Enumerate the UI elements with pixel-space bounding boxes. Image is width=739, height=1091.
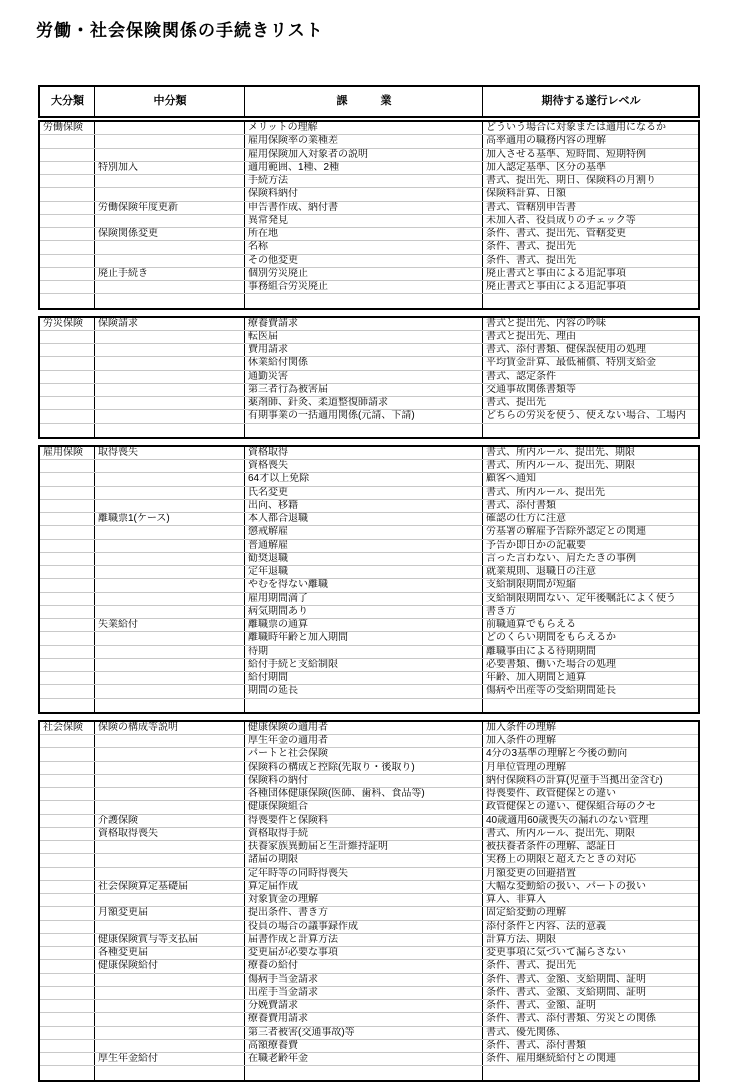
blank-row — [40, 1066, 698, 1079]
table-row: 手続方法書式、提出先、期日、保険料の月割り — [40, 175, 698, 188]
major-category-cell — [40, 632, 95, 644]
header-task: 課 業 — [245, 87, 483, 116]
major-category-cell — [40, 606, 95, 618]
major-category-cell — [40, 1053, 95, 1065]
task-cell: 申告書作成、納付書 — [245, 202, 483, 214]
expected-level-cell: どのくらい期間をもらえるか — [483, 632, 698, 644]
task-cell: 病気期間あり — [245, 606, 483, 618]
table-row: 廃止手続き個別労災廃止廃止書式と事由による追記事項 — [40, 268, 698, 281]
table-row: 療養費用請求条件、書式、添付書類、労災との関係 — [40, 1013, 698, 1026]
expected-level-cell: 条件、書式、金額、証明 — [483, 1000, 698, 1012]
major-category-cell — [40, 149, 95, 161]
task-cell: 雇用保険率の業種差 — [245, 135, 483, 147]
middle-category-cell — [95, 566, 245, 578]
middle-category-cell: 保険請求 — [95, 318, 245, 330]
table-row: 勧奨退職言った言わない、肩たたきの事例 — [40, 553, 698, 566]
expected-level-cell: 書式、優先関係、 — [483, 1027, 698, 1039]
table-row: 失業給付離職票の通算前職通算でもらえる — [40, 619, 698, 632]
major-category-cell — [40, 540, 95, 552]
task-cell — [245, 699, 483, 712]
table-row: 第三者被害(交通事故)等書式、優先関係、 — [40, 1027, 698, 1040]
task-cell: 算定届作成 — [245, 881, 483, 893]
table-row: 諸届の期限実務上の期限と超えたときの対応 — [40, 854, 698, 867]
middle-category-cell — [95, 659, 245, 671]
expected-level-cell: 書式、提出先、期日、保険料の月割り — [483, 175, 698, 187]
major-category-cell — [40, 947, 95, 959]
major-category-cell — [40, 934, 95, 946]
task-cell: 所在地 — [245, 228, 483, 240]
middle-category-cell — [95, 500, 245, 512]
middle-category-cell — [95, 735, 245, 747]
major-category-cell: 労災保険 — [40, 318, 95, 330]
task-cell: 療養費用請求 — [245, 1013, 483, 1025]
expected-level-cell: 条件、書式、金額、支給期間、証明 — [483, 974, 698, 986]
header-expected-level: 期待する遂行レベル — [483, 87, 698, 116]
major-category-cell — [40, 162, 95, 174]
expected-level-cell: 4分の3基準の理解と今後の動向 — [483, 748, 698, 760]
task-cell: 提出条件、書き方 — [245, 907, 483, 919]
task-cell: 在職老齢年金 — [245, 1053, 483, 1065]
table-row: 給付期間年齢、加入期間と通算 — [40, 672, 698, 685]
task-cell: 転医届 — [245, 331, 483, 343]
table-row: 病気期間あり書き方 — [40, 606, 698, 619]
major-category-cell — [40, 815, 95, 827]
document-page: 労働・社会保険関係の手続きリスト 大分類 中分類 課 業 期待する遂行レベル 労… — [0, 0, 739, 1091]
expected-level-cell: 書式、提出先 — [483, 397, 698, 409]
expected-level-cell: 加入認定基準、区分の基準 — [483, 162, 698, 174]
expected-level-cell: 労基署の解雇予告除外認定との関連 — [483, 526, 698, 538]
table-row: 第三者行為被害届交通事故関係書類等 — [40, 384, 698, 397]
expected-level-cell: 被扶養者条件の理解、認証日 — [483, 841, 698, 853]
middle-category-cell — [95, 894, 245, 906]
table-row: 厚生年金給付在職老齢年金条件、雇用継続給付との関連 — [40, 1053, 698, 1066]
middle-category-cell — [95, 1027, 245, 1039]
major-category-cell: 労働保険 — [40, 122, 95, 134]
major-category-cell — [40, 907, 95, 919]
major-category-cell — [40, 357, 95, 369]
middle-category-cell — [95, 699, 245, 712]
expected-level-cell: 交通事故関係書類等 — [483, 384, 698, 396]
table-row: 定年時等の同時得喪失月額変更の回避措置 — [40, 868, 698, 881]
major-category-cell — [40, 579, 95, 591]
task-cell: 離職票の通算 — [245, 619, 483, 631]
major-category-cell — [40, 473, 95, 485]
middle-category-cell — [95, 175, 245, 187]
major-category-cell — [40, 854, 95, 866]
middle-category-cell — [95, 685, 245, 697]
middle-category-cell — [95, 1040, 245, 1052]
major-category-cell — [40, 371, 95, 383]
expected-level-cell: 算入、非算入 — [483, 894, 698, 906]
middle-category-cell: 各種変更届 — [95, 947, 245, 959]
task-cell: 通勤災害 — [245, 371, 483, 383]
middle-category-cell — [95, 122, 245, 134]
table-body: 労働保険メリットの理解どういう場合に対象または適用になるか雇用保険率の業種差高率… — [38, 120, 700, 1082]
middle-category-cell — [95, 460, 245, 472]
middle-category-cell: 廃止手続き — [95, 268, 245, 280]
table-row: 資格喪失書式、所内ルール、提出先、期限 — [40, 460, 698, 473]
expected-level-cell: 得喪要件、政管健保との違い — [483, 788, 698, 800]
task-cell: 療養費請求 — [245, 318, 483, 330]
middle-category-cell: 保険関係変更 — [95, 228, 245, 240]
major-category-cell — [40, 513, 95, 525]
middle-category-cell — [95, 241, 245, 253]
table-header-row: 大分類 中分類 課 業 期待する遂行レベル — [38, 85, 700, 118]
expected-level-cell: 条件、書式、提出先 — [483, 255, 698, 267]
major-category-cell — [40, 228, 95, 240]
expected-level-cell: 条件、書式、添付書類 — [483, 1040, 698, 1052]
table-row: 健康保険賞与等支払届届書作成と計算方法計算方法、期限 — [40, 934, 698, 947]
table-row: 月額変更届提出条件、書き方固定給変動の理解 — [40, 907, 698, 920]
middle-category-cell: 社会保険算定基礎届 — [95, 881, 245, 893]
expected-level-cell: 書式、所内ルール、提出先、期限 — [483, 828, 698, 840]
middle-category-cell — [95, 410, 245, 422]
table-row: パートと社会保険4分の3基準の理解と今後の動向 — [40, 748, 698, 761]
expected-level-cell: 40歳適用60歳喪失の漏れのない管理 — [483, 815, 698, 827]
expected-level-cell: 条件、書式、添付書類、労災との関係 — [483, 1013, 698, 1025]
table-row: 離職時年齢と加入期間どのくらい期間をもらえるか — [40, 632, 698, 645]
middle-category-cell — [95, 281, 245, 293]
table-row: 事務組合労災廃止廃止書式と事由による追記事項 — [40, 281, 698, 294]
expected-level-cell: 加入条件の理解 — [483, 735, 698, 747]
middle-category-cell — [95, 357, 245, 369]
table-row: 名称条件、書式、提出先 — [40, 241, 698, 254]
middle-category-cell — [95, 762, 245, 774]
blank-row — [40, 424, 698, 437]
major-category-cell: 社会保険 — [40, 722, 95, 734]
expected-level-cell: 傷病や出産等の受給期間延長 — [483, 685, 698, 697]
procedures-table: 大分類 中分類 課 業 期待する遂行レベル 労働保険メリットの理解どういう場合に… — [38, 85, 700, 1088]
expected-level-cell: どちらの労災を使う、使えない場合、工場内 — [483, 410, 698, 422]
table-row: 社会保険算定基礎届算定届作成大幅な変動給の扱い、パートの扱い — [40, 881, 698, 894]
expected-level-cell: 変更事項に気づいて漏らさない — [483, 947, 698, 959]
middle-category-cell: 労働保険年度更新 — [95, 202, 245, 214]
task-cell: 勧奨退職 — [245, 553, 483, 565]
table-row: 保険料納付保険料計算、日額 — [40, 188, 698, 201]
table-row: 保険関係変更所在地条件、書式、提出先、管轄変更 — [40, 228, 698, 241]
table-row: 高額療養費条件、書式、添付書類 — [40, 1040, 698, 1053]
major-category-cell — [40, 384, 95, 396]
middle-category-cell — [95, 646, 245, 658]
major-category-cell — [40, 268, 95, 280]
middle-category-cell — [95, 593, 245, 605]
expected-level-cell: 離職事由による待期期間 — [483, 646, 698, 658]
major-category-cell — [40, 748, 95, 760]
header-major-category: 大分類 — [40, 87, 95, 116]
task-cell: 給付期間 — [245, 672, 483, 684]
task-cell: 離職時年齢と加入期間 — [245, 632, 483, 644]
expected-level-cell: 廃止書式と事由による追記事項 — [483, 281, 698, 293]
task-cell: 第三者行為被害届 — [245, 384, 483, 396]
table-row: 保険料の構成と控除(先取り・後取り)月単位管理の理解 — [40, 762, 698, 775]
task-cell: 厚生年金の適用者 — [245, 735, 483, 747]
expected-level-cell: 条件、書式、金額、支給期間、証明 — [483, 987, 698, 999]
expected-level-cell: 予告か即日かの記載要 — [483, 540, 698, 552]
expected-level-cell: 平均賃金計算、最低補償、特別支給金 — [483, 357, 698, 369]
page-title: 労働・社会保険関係の手続きリスト — [36, 16, 324, 41]
major-category-cell — [40, 202, 95, 214]
middle-category-cell — [95, 632, 245, 644]
major-category-cell — [40, 460, 95, 472]
middle-category-cell: 特別加入 — [95, 162, 245, 174]
major-category-cell — [40, 294, 95, 307]
expected-level-cell — [483, 294, 698, 307]
table-row: 休業給付関係平均賃金計算、最低補償、特別支給金 — [40, 357, 698, 370]
table-row: 雇用保険加入対象者の説明加入させる基準、短時間、短期特例 — [40, 149, 698, 162]
task-cell: 療養の給付 — [245, 960, 483, 972]
major-category-cell — [40, 762, 95, 774]
section-社会保険: 社会保険保険の構成等説明健康保険の適用者加入条件の理解厚生年金の適用者加入条件の… — [38, 720, 700, 1082]
task-cell: 届書作成と計算方法 — [245, 934, 483, 946]
task-cell: 定年退職 — [245, 566, 483, 578]
task-cell: 手続方法 — [245, 175, 483, 187]
table-row: 特別加入適用範囲、1種、2種加入認定基準、区分の基準 — [40, 162, 698, 175]
expected-level-cell: 就業規則、退職日の注意 — [483, 566, 698, 578]
major-category-cell — [40, 801, 95, 813]
table-row: 64才以上免除顧客へ通知 — [40, 473, 698, 486]
major-category-cell — [40, 868, 95, 880]
task-cell: 64才以上免除 — [245, 473, 483, 485]
middle-category-cell: 失業給付 — [95, 619, 245, 631]
expected-level-cell: 月単位管理の理解 — [483, 762, 698, 774]
major-category-cell — [40, 1027, 95, 1039]
major-category-cell — [40, 1040, 95, 1052]
major-category-cell — [40, 487, 95, 499]
table-row: 出産手当金請求条件、書式、金額、支給期間、証明 — [40, 987, 698, 1000]
middle-category-cell — [95, 473, 245, 485]
table-row: 厚生年金の適用者加入条件の理解 — [40, 735, 698, 748]
header-middle-category: 中分類 — [95, 87, 245, 116]
table-row: 費用請求書式、添付書類、健保誤使用の処理 — [40, 344, 698, 357]
task-cell — [245, 1066, 483, 1079]
middle-category-cell: 健康保険給付 — [95, 960, 245, 972]
major-category-cell — [40, 1066, 95, 1079]
middle-category-cell — [95, 540, 245, 552]
expected-level-cell: 書式、添付書類、健保誤使用の処理 — [483, 344, 698, 356]
middle-category-cell: 健康保険賞与等支払届 — [95, 934, 245, 946]
task-cell: 氏名変更 — [245, 487, 483, 499]
table-row: やむを得ない離職支給制限期間が短縮 — [40, 579, 698, 592]
major-category-cell — [40, 646, 95, 658]
major-category-cell — [40, 135, 95, 147]
major-category-cell — [40, 175, 95, 187]
middle-category-cell — [95, 371, 245, 383]
middle-category-cell — [95, 748, 245, 760]
task-cell: 適用範囲、1種、2種 — [245, 162, 483, 174]
expected-level-cell: 計算方法、期限 — [483, 934, 698, 946]
expected-level-cell: 月額変更の回避措置 — [483, 868, 698, 880]
middle-category-cell: 離職票1(ケース) — [95, 513, 245, 525]
middle-category-cell — [95, 987, 245, 999]
expected-level-cell: 加入条件の理解 — [483, 722, 698, 734]
major-category-cell — [40, 685, 95, 697]
middle-category-cell: 保険の構成等説明 — [95, 722, 245, 734]
major-category-cell — [40, 699, 95, 712]
table-row: 雇用保険率の業種差高率適用の職務内容の理解 — [40, 135, 698, 148]
middle-category-cell — [95, 188, 245, 200]
task-cell: 健康保険組合 — [245, 801, 483, 813]
expected-level-cell: 政管健保との違い、健保組合毎のクセ — [483, 801, 698, 813]
middle-category-cell: 資格取得喪失 — [95, 828, 245, 840]
task-cell — [245, 424, 483, 437]
expected-level-cell: 必要書類、働いた場合の処理 — [483, 659, 698, 671]
task-cell: メリットの理解 — [245, 122, 483, 134]
blank-row — [40, 699, 698, 712]
expected-level-cell: 確認の仕方に注意 — [483, 513, 698, 525]
expected-level-cell: 年齢、加入期間と通算 — [483, 672, 698, 684]
expected-level-cell: 前職通算でもらえる — [483, 619, 698, 631]
major-category-cell — [40, 281, 95, 293]
table-row: 出向、移籍書式、添付書類 — [40, 500, 698, 513]
major-category-cell — [40, 593, 95, 605]
task-cell: 役員の場合の議事録作成 — [245, 921, 483, 933]
task-cell: 諸届の期限 — [245, 854, 483, 866]
table-row: 有期事業の一括適用関係(元請、下請)どちらの労災を使う、使えない場合、工場内 — [40, 410, 698, 423]
table-row: 転医届書式と提出先、理由 — [40, 331, 698, 344]
expected-level-cell: 書式と提出先、理由 — [483, 331, 698, 343]
task-cell: 出向、移籍 — [245, 500, 483, 512]
middle-category-cell — [95, 801, 245, 813]
middle-category-cell — [95, 868, 245, 880]
task-cell: 高額療養費 — [245, 1040, 483, 1052]
middle-category-cell — [95, 135, 245, 147]
table-row: 社会保険保険の構成等説明健康保険の適用者加入条件の理解 — [40, 722, 698, 735]
middle-category-cell — [95, 775, 245, 787]
middle-category-cell — [95, 526, 245, 538]
expected-level-cell: 廃止書式と事由による追記事項 — [483, 268, 698, 280]
task-cell: 薬剤師、針灸、柔道整復師請求 — [245, 397, 483, 409]
section-労災保険: 労災保険保険請求療養費請求書式と提出先、内容の吟味転医届書式と提出先、理由費用請… — [38, 316, 700, 439]
major-category-cell — [40, 331, 95, 343]
expected-level-cell: 納付保険料の計算(児童手当拠出金含む) — [483, 775, 698, 787]
task-cell: 個別労災廃止 — [245, 268, 483, 280]
expected-level-cell: 書式、所内ルール、提出先 — [483, 487, 698, 499]
task-cell: 休業給付関係 — [245, 357, 483, 369]
major-category-cell — [40, 344, 95, 356]
major-category-cell — [40, 659, 95, 671]
major-category-cell — [40, 775, 95, 787]
table-row: 介護保険得喪要件と保険料40歳適用60歳喪失の漏れのない管理 — [40, 815, 698, 828]
task-cell: 事務組合労災廃止 — [245, 281, 483, 293]
blank-row — [40, 294, 698, 307]
expected-level-cell: どういう場合に対象または適用になるか — [483, 122, 698, 134]
major-category-cell — [40, 894, 95, 906]
task-cell: 普通解雇 — [245, 540, 483, 552]
middle-category-cell — [95, 215, 245, 227]
expected-level-cell: 固定給変動の理解 — [483, 907, 698, 919]
major-category-cell — [40, 828, 95, 840]
task-cell: 資格取得 — [245, 447, 483, 459]
middle-category-cell — [95, 1000, 245, 1012]
expected-level-cell: 支給制限期間が短縮 — [483, 579, 698, 591]
major-category-cell — [40, 788, 95, 800]
major-category-cell — [40, 1013, 95, 1025]
middle-category-cell — [95, 579, 245, 591]
table-row: 雇用期間満了支給制限期間ない、定年後嘱託によく使う — [40, 593, 698, 606]
task-cell: 異常発見 — [245, 215, 483, 227]
major-category-cell — [40, 619, 95, 631]
expected-level-cell: 書式、管轄別申告書 — [483, 202, 698, 214]
middle-category-cell — [95, 788, 245, 800]
task-cell: 傷病手当金請求 — [245, 974, 483, 986]
expected-level-cell: 高率適用の職務内容の理解 — [483, 135, 698, 147]
major-category-cell — [40, 841, 95, 853]
task-cell: 出産手当金請求 — [245, 987, 483, 999]
middle-category-cell — [95, 149, 245, 161]
task-cell: 得喪要件と保険料 — [245, 815, 483, 827]
task-cell: 健康保険の適用者 — [245, 722, 483, 734]
table-row: 懲戒解雇労基署の解雇予告除外認定との関連 — [40, 526, 698, 539]
major-category-cell — [40, 960, 95, 972]
expected-level-cell: 大幅な変動給の扱い、パートの扱い — [483, 881, 698, 893]
table-row: 異常発見未加入者、役員成りのチェック等 — [40, 215, 698, 228]
task-cell: 有期事業の一括適用関係(元請、下請) — [245, 410, 483, 422]
middle-category-cell — [95, 1066, 245, 1079]
task-cell: 第三者被害(交通事故)等 — [245, 1027, 483, 1039]
task-cell: 待期 — [245, 646, 483, 658]
task-cell: 懲戒解雇 — [245, 526, 483, 538]
table-row: 期間の延長傷病や出産等の受給期間延長 — [40, 685, 698, 698]
section-労働保険: 労働保険メリットの理解どういう場合に対象または適用になるか雇用保険率の業種差高率… — [38, 120, 700, 310]
expected-level-cell: 保険料計算、日額 — [483, 188, 698, 200]
middle-category-cell — [95, 255, 245, 267]
table-row: 労働保険年度更新申告書作成、納付書書式、管轄別申告書 — [40, 202, 698, 215]
major-category-cell — [40, 500, 95, 512]
expected-level-cell: 添付条件と内容、法的意義 — [483, 921, 698, 933]
middle-category-cell: 取得喪失 — [95, 447, 245, 459]
major-category-cell — [40, 881, 95, 893]
major-category-cell — [40, 215, 95, 227]
middle-category-cell — [95, 294, 245, 307]
expected-level-cell: 書式、添付書類 — [483, 500, 698, 512]
task-cell: 各種団体健康保険(医師、歯科、食品等) — [245, 788, 483, 800]
table-row: 離職票1(ケース)本人都合退職確認の仕方に注意 — [40, 513, 698, 526]
middle-category-cell — [95, 841, 245, 853]
middle-category-cell — [95, 384, 245, 396]
expected-level-cell — [483, 1066, 698, 1079]
table-row: 保険料の納付納付保険料の計算(児童手当拠出金含む) — [40, 775, 698, 788]
middle-category-cell: 介護保険 — [95, 815, 245, 827]
middle-category-cell — [95, 606, 245, 618]
major-category-cell — [40, 987, 95, 999]
expected-level-cell: 実務上の期限と超えたときの対応 — [483, 854, 698, 866]
major-category-cell — [40, 974, 95, 986]
task-cell: 費用請求 — [245, 344, 483, 356]
major-category-cell — [40, 424, 95, 437]
table-row: 氏名変更書式、所内ルール、提出先 — [40, 487, 698, 500]
table-row: 薬剤師、針灸、柔道整復師請求書式、提出先 — [40, 397, 698, 410]
expected-level-cell: 書式と提出先、内容の吟味 — [483, 318, 698, 330]
major-category-cell — [40, 566, 95, 578]
table-row: 労災保険保険請求療養費請求書式と提出先、内容の吟味 — [40, 318, 698, 331]
major-category-cell — [40, 672, 95, 684]
table-row: 健康保険給付療養の給付条件、書式、提出先 — [40, 960, 698, 973]
task-cell: 雇用保険加入対象者の説明 — [245, 149, 483, 161]
table-row: 各種団体健康保険(医師、歯科、食品等)得喪要件、政管健保との違い — [40, 788, 698, 801]
table-row: 傷病手当金請求条件、書式、金額、支給期間、証明 — [40, 974, 698, 987]
table-row: 対象賃金の理解算入、非算入 — [40, 894, 698, 907]
task-cell: 資格取得手続 — [245, 828, 483, 840]
task-cell: 変更届が必要な事項 — [245, 947, 483, 959]
major-category-cell — [40, 410, 95, 422]
major-category-cell — [40, 735, 95, 747]
task-cell: パートと社会保険 — [245, 748, 483, 760]
expected-level-cell: 書式、認定条件 — [483, 371, 698, 383]
expected-level-cell: 支給制限期間ない、定年後嘱託によく使う — [483, 593, 698, 605]
expected-level-cell: 書式、所内ルール、提出先、期限 — [483, 447, 698, 459]
task-cell: やむを得ない離職 — [245, 579, 483, 591]
major-category-cell: 雇用保険 — [40, 447, 95, 459]
